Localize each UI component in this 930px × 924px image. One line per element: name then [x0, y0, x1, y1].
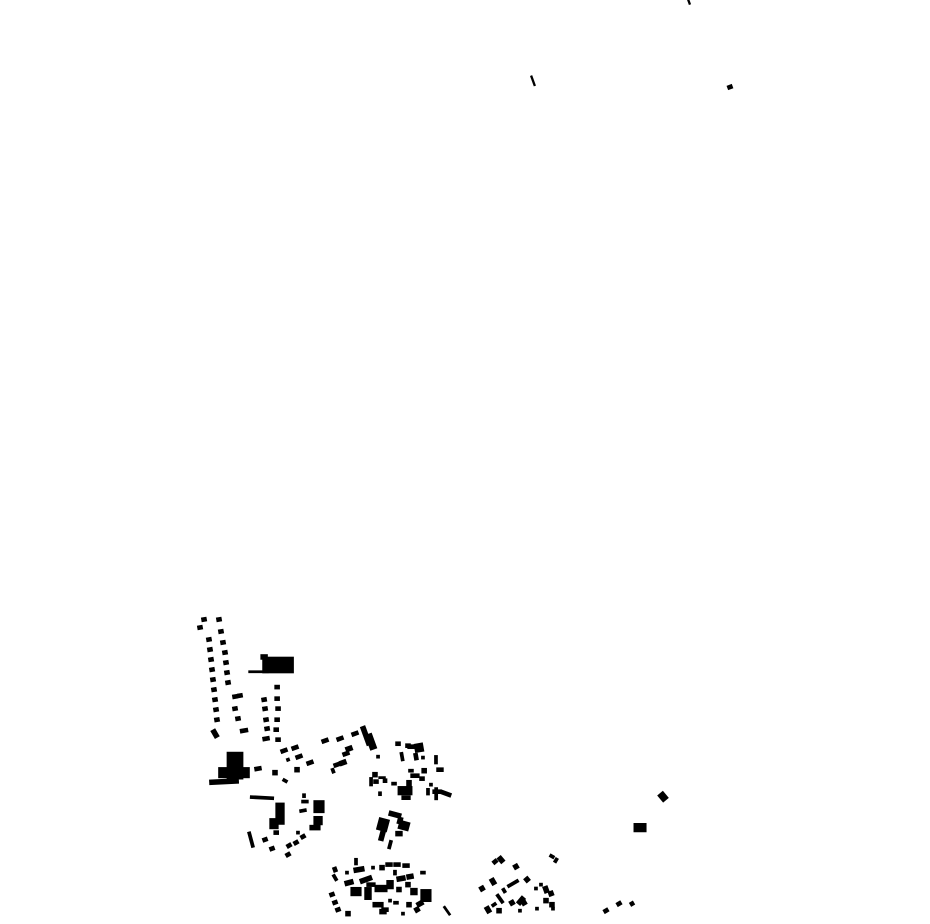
building-footprint: [274, 717, 280, 722]
building-footprint: [206, 637, 212, 643]
building-footprint: [436, 767, 443, 772]
building-footprint: [261, 697, 267, 703]
building-footprint: [220, 640, 226, 646]
building-footprint: [386, 880, 393, 889]
building-footprint: [405, 882, 411, 888]
building-footprint: [218, 767, 250, 778]
building-footprint: [350, 887, 361, 896]
building-footprint: [294, 767, 300, 773]
building-footprint: [376, 755, 380, 759]
building-footprint: [213, 707, 219, 713]
figure-ground-map: [0, 0, 930, 924]
building-footprint: [434, 787, 438, 800]
building-footprint: [396, 887, 402, 893]
building-footprint: [379, 865, 385, 871]
building-footprint: [364, 887, 371, 900]
building-footprint: [224, 670, 230, 676]
building-footprint: [235, 716, 241, 722]
building-footprint: [406, 902, 412, 908]
building-footprint: [274, 696, 280, 701]
building-footprint: [401, 912, 405, 916]
building-footprint: [274, 685, 280, 690]
building-footprint: [426, 788, 430, 795]
building-footprint: [273, 830, 279, 835]
building-footprint: [543, 898, 549, 904]
building-footprint: [260, 654, 267, 660]
building-footprint: [535, 907, 539, 911]
building-footprint: [208, 657, 214, 663]
building-footprint: [393, 901, 399, 905]
building-footprint: [395, 831, 402, 837]
building-footprint: [379, 909, 386, 915]
building-footprint: [197, 625, 203, 631]
building-footprint: [223, 660, 229, 666]
building-footprint: [237, 693, 243, 699]
building-footprint: [414, 742, 425, 753]
building-footprint: [383, 778, 388, 783]
building-footprint: [273, 727, 279, 732]
building-footprint: [421, 768, 427, 774]
building-footprint: [518, 909, 522, 913]
building-footprint: [301, 800, 308, 804]
building-footprint: [263, 717, 269, 723]
building-footprint: [264, 726, 270, 732]
building-footprint: [378, 791, 382, 796]
building-footprint: [375, 885, 388, 892]
building-footprint: [269, 818, 278, 829]
building-footprint: [222, 650, 228, 656]
building-footprint: [354, 858, 358, 865]
building-footprint: [421, 756, 425, 760]
building-footprint: [201, 617, 207, 623]
building-footprint: [419, 776, 425, 781]
building-footprint: [401, 795, 410, 800]
building-footprint: [634, 823, 647, 832]
building-footprint: [313, 800, 324, 813]
map-background: [0, 0, 930, 924]
building-footprint: [248, 670, 268, 673]
building-footprint: [429, 783, 433, 787]
building-footprint: [373, 779, 379, 784]
building-footprint: [211, 687, 217, 693]
building-footprint: [410, 888, 417, 895]
building-footprint: [272, 770, 278, 776]
building-footprint: [212, 697, 218, 703]
building-footprint: [372, 902, 383, 908]
building-footprint: [408, 769, 414, 773]
building-footprint: [345, 871, 349, 875]
building-footprint: [209, 667, 215, 673]
building-footprint: [551, 907, 555, 911]
building-footprint: [407, 744, 414, 749]
building-footprint: [372, 772, 378, 778]
building-footprint: [275, 737, 281, 742]
building-footprint: [345, 911, 351, 917]
building-footprint: [218, 629, 224, 635]
building-footprint: [302, 793, 306, 798]
building-footprint: [539, 883, 543, 887]
building-footprint: [262, 706, 268, 712]
building-footprint: [207, 647, 213, 653]
building-footprint: [313, 816, 322, 825]
building-footprint: [210, 677, 216, 683]
building-footprint: [391, 782, 397, 786]
building-footprint: [366, 882, 375, 887]
building-footprint: [402, 863, 409, 868]
building-footprint: [388, 899, 392, 903]
building-footprint: [549, 902, 555, 908]
building-footprint: [534, 887, 538, 891]
building-footprint: [385, 862, 392, 867]
building-footprint: [393, 870, 397, 876]
building-footprint: [398, 786, 413, 795]
building-footprint: [406, 780, 412, 787]
building-footprint: [296, 831, 300, 835]
building-footprint: [395, 741, 401, 746]
building-footprint: [371, 866, 375, 870]
building-footprint: [420, 871, 426, 875]
building-footprint: [378, 776, 385, 779]
building-footprint: [393, 862, 400, 867]
building-footprint: [232, 706, 238, 712]
building-footprint: [309, 825, 320, 831]
building-footprint: [214, 717, 220, 723]
building-footprint: [434, 755, 438, 764]
building-footprint: [369, 777, 373, 786]
building-footprint: [496, 908, 502, 914]
building-footprint: [225, 680, 231, 686]
building-footprint: [216, 617, 222, 623]
building-footprint: [410, 773, 419, 778]
building-footprint: [275, 706, 281, 711]
